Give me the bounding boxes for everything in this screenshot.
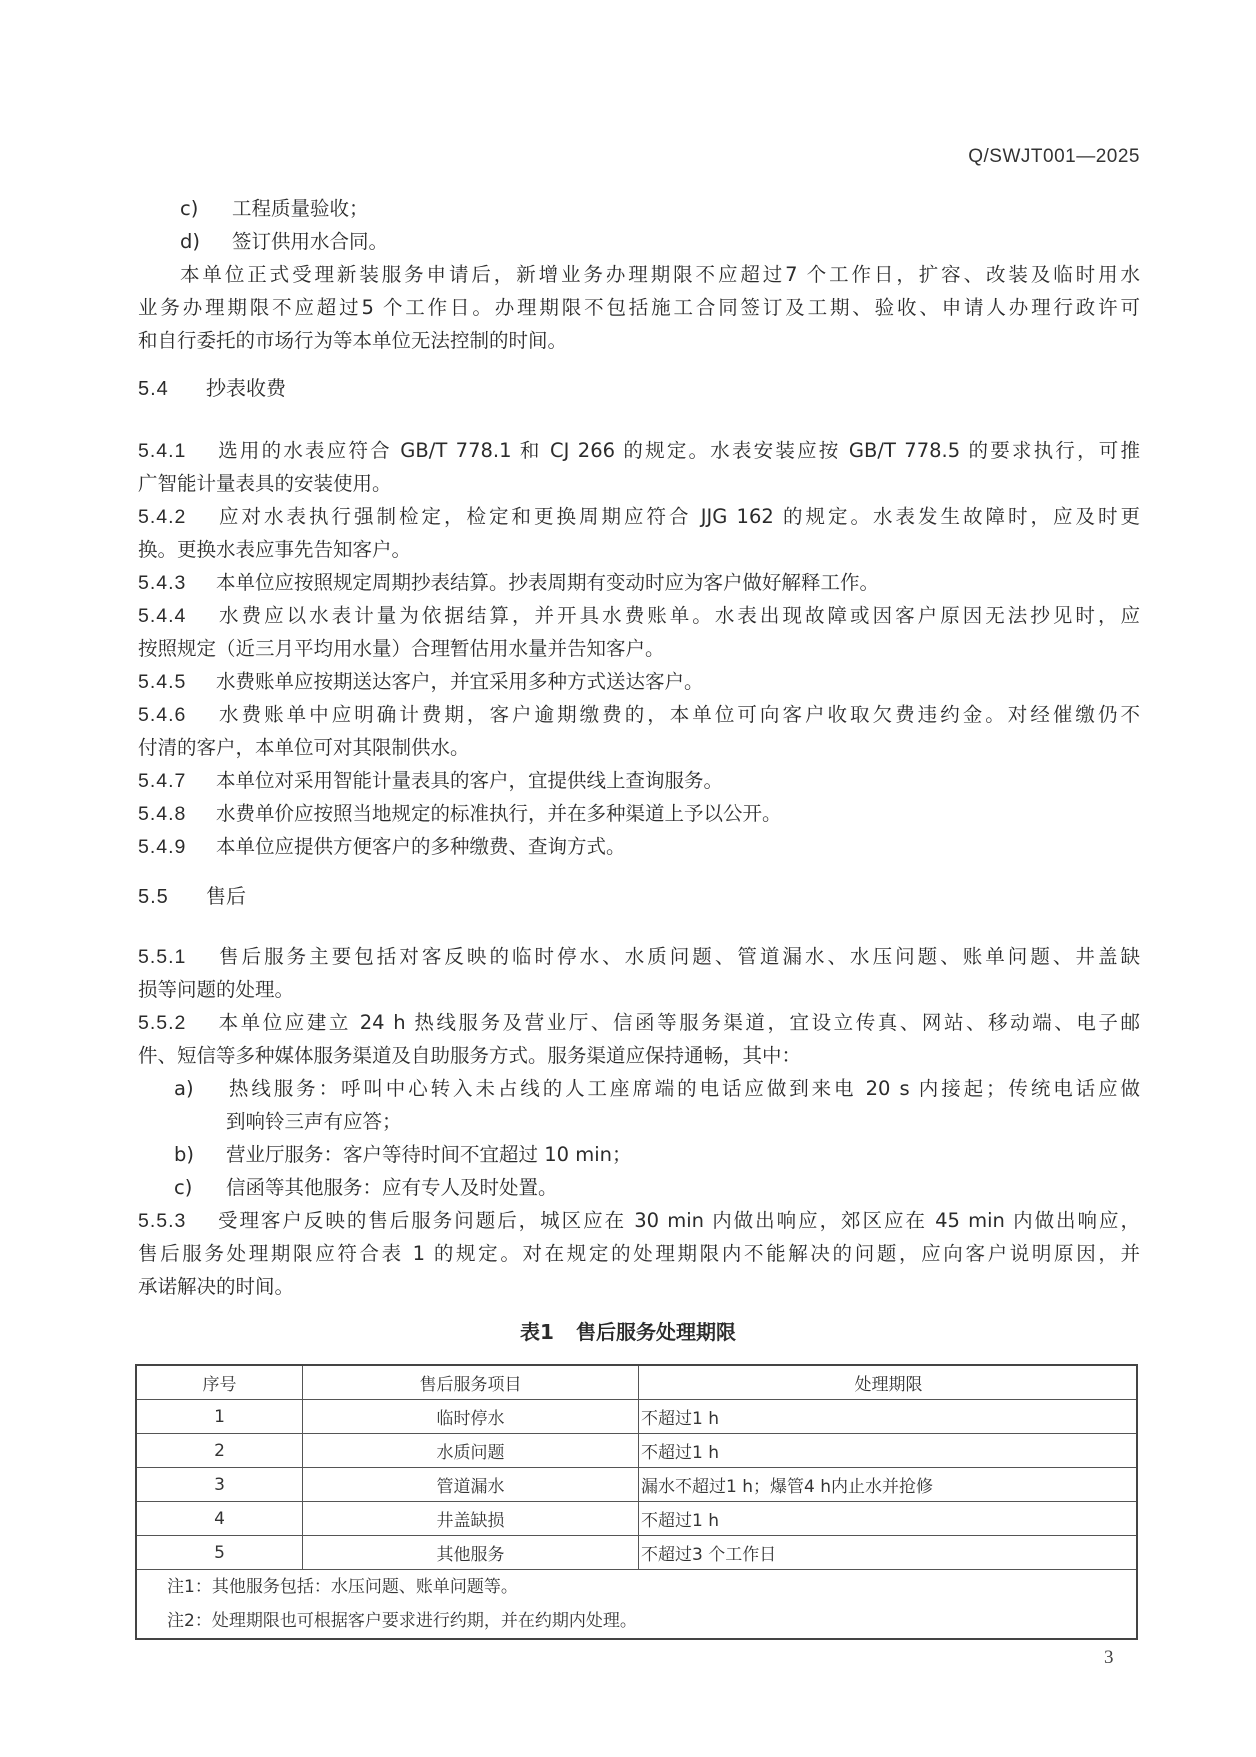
cell-item: 临时停水 [303, 1400, 639, 1434]
cell-no: 4 [136, 1502, 303, 1536]
clause-number: 5.4.9 [138, 831, 216, 864]
cell-limit: 不超过1 h [639, 1434, 1138, 1468]
list-item: d)签订供用水合同。 [180, 225, 1182, 258]
table-title: 售后服务处理期限 [576, 1320, 736, 1344]
page-number: 3 [1104, 1647, 1114, 1669]
section-title: 抄表收费 [206, 376, 286, 400]
clause-text: 选用的水表应符合 GB/T 778.1 和 CJ 266 的规定。水表安装应按 … [216, 439, 1140, 462]
section-heading-5-4: 5.4抄表收费 [138, 372, 1140, 405]
list-mark: a) [174, 1072, 226, 1105]
cell-no: 2 [136, 1434, 303, 1468]
clause-continuation: 广智能计量表具的安装使用。 [138, 467, 1140, 500]
clause-continuation: 损等问题的处理。 [138, 973, 1140, 1006]
paragraph-line: 业务办理期限不应超过5 个工作日。办理期限不包括施工合同签订及工期、验收、申请人… [138, 291, 1140, 324]
clause-text: 本单位应提供方便客户的多种缴费、查询方式。 [216, 835, 626, 858]
cell-no: 3 [136, 1468, 303, 1502]
cell-limit: 不超过3 个工作日 [639, 1536, 1138, 1570]
list-item: c)工程质量验收； [180, 192, 1182, 225]
clause-text: 水费单价应按照当地规定的标准执行，并在多种渠道上予以公开。 [216, 802, 782, 825]
section-heading-5-5: 5.5售后 [138, 880, 1140, 913]
clause-5-5-1: 5.5.1售后服务主要包括对客反映的临时停水、水质问题、管道漏水、水压问题、账单… [138, 940, 1140, 973]
list-item-continuation: 到响铃三声有应答； [226, 1105, 1228, 1138]
table-row: 2 水质问题 不超过1 h [136, 1434, 1137, 1468]
clause-number: 5.5.1 [138, 941, 216, 974]
paragraph-line: 和自行委托的市场行为等本单位无法控制的时间。 [138, 324, 1140, 357]
list-item-text: 签订供用水合同。 [232, 230, 388, 253]
clause-5-4-6: 5.4.6水费账单中应明确计费期，客户逾期缴费的，本单位可向客户收取欠费违约金。… [138, 698, 1140, 731]
clause-number: 5.4.4 [138, 600, 216, 633]
cell-limit: 不超过1 h [639, 1502, 1138, 1536]
clause-text: 应对水表执行强制检定，检定和更换周期应符合 JJG 162 的规定。水表发生故障… [216, 505, 1140, 528]
clause-continuation: 售后服务处理期限应符合表 1 的规定。对在规定的处理期限内不能解决的问题，应向客… [138, 1237, 1140, 1270]
cell-item: 管道漏水 [303, 1468, 639, 1502]
clause-5-5-3: 5.5.3受理客户反映的售后服务问题后，城区应在 30 min 内做出响应，郊区… [138, 1204, 1140, 1237]
cell-no: 1 [136, 1400, 303, 1434]
table-note-1: 注1：其他服务包括：水压问题、账单问题等。 [167, 1570, 1136, 1604]
clause-number: 5.4.1 [138, 435, 216, 468]
table-header-row: 序号 售后服务项目 处理期限 [136, 1365, 1137, 1400]
table-row: 1 临时停水 不超过1 h [136, 1400, 1137, 1434]
clause-5-4-5: 5.4.5水费账单应按期送达客户，并宜采用多种方式送达客户。 [138, 665, 1140, 698]
service-limits-table: 序号 售后服务项目 处理期限 1 临时停水 不超过1 h 2 水质问题 不超过1… [135, 1364, 1138, 1640]
list-item-text: 热线服务：呼叫中心转入未占线的人工座席端的电话应做到来电 20 s 内接起；传统… [226, 1077, 1140, 1100]
clause-continuation: 件、短信等多种媒体服务渠道及自助服务方式。服务渠道应保持通畅，其中： [138, 1039, 1140, 1072]
table-label: 表1 [520, 1320, 554, 1344]
clause-number: 5.4.2 [138, 501, 216, 534]
cell-no: 5 [136, 1536, 303, 1570]
clause-5-4-4: 5.4.4水费应以水表计量为依据结算，并开具水费账单。水表出现故障或因客户原因无… [138, 599, 1140, 632]
clause-number: 5.4.5 [138, 666, 216, 699]
clause-5-5-2: 5.5.2本单位应建立 24 h 热线服务及营业厅、信函等服务渠道，宜设立传真、… [138, 1006, 1140, 1039]
table-row: 5 其他服务 不超过3 个工作日 [136, 1536, 1137, 1570]
cell-limit: 不超过1 h [639, 1400, 1138, 1434]
list-item-text: 信函等其他服务：应有专人及时处置。 [226, 1176, 558, 1199]
clause-text: 水费应以水表计量为依据结算，并开具水费账单。水表出现故障或因客户原因无法抄见时，… [216, 604, 1140, 627]
list-item-b: b)营业厅服务：客户等待时间不宜超过 10 min； [174, 1138, 1176, 1171]
section-number: 5.5 [138, 881, 206, 914]
table-notes-row: 注1：其他服务包括：水压问题、账单问题等。 注2：处理期限也可根据客户要求进行约… [136, 1570, 1137, 1640]
clause-5-4-9: 5.4.9本单位应提供方便客户的多种缴费、查询方式。 [138, 830, 1140, 863]
list-item-a: a)热线服务：呼叫中心转入未占线的人工座席端的电话应做到来电 20 s 内接起；… [174, 1072, 1140, 1105]
list-item-text: 工程质量验收； [232, 197, 369, 220]
clause-text: 水费账单中应明确计费期，客户逾期缴费的，本单位可向客户收取欠费违约金。对经催缴仍… [216, 703, 1140, 726]
clause-number: 5.4.3 [138, 567, 216, 600]
cell-limit: 漏水不超过1 h；爆管4 h内止水并抢修 [639, 1468, 1138, 1502]
paragraph-line: 本单位正式受理新装服务申请后，新增业务办理期限不应超过7 个工作日，扩容、改装及… [180, 258, 1140, 291]
list-mark: c) [180, 192, 232, 225]
clause-continuation: 按照规定（近三月平均用水量）合理暂估用水量并告知客户。 [138, 632, 1140, 665]
table-notes-cell: 注1：其他服务包括：水压问题、账单问题等。 注2：处理期限也可根据客户要求进行约… [136, 1570, 1137, 1640]
section-title: 售后 [206, 884, 246, 908]
clause-text: 受理客户反映的售后服务问题后，城区应在 30 min 内做出响应，郊区应在 45… [216, 1209, 1140, 1232]
column-header-no: 序号 [136, 1365, 303, 1400]
clause-5-4-2: 5.4.2应对水表执行强制检定，检定和更换周期应符合 JJG 162 的规定。水… [138, 500, 1140, 533]
clause-5-4-8: 5.4.8水费单价应按照当地规定的标准执行，并在多种渠道上予以公开。 [138, 797, 1140, 830]
clause-number: 5.5.2 [138, 1007, 216, 1040]
list-mark: d) [180, 225, 232, 258]
list-mark: b) [174, 1138, 226, 1171]
clause-5-4-3: 5.4.3本单位应按照规定周期抄表结算。抄表周期有变动时应为客户做好解释工作。 [138, 566, 1140, 599]
cell-item: 井盖缺损 [303, 1502, 639, 1536]
column-header-item: 售后服务项目 [303, 1365, 639, 1400]
table-row: 4 井盖缺损 不超过1 h [136, 1502, 1137, 1536]
clause-continuation: 换。更换水表应事先告知客户。 [138, 533, 1140, 566]
column-header-limit: 处理期限 [639, 1365, 1138, 1400]
cell-item: 其他服务 [303, 1536, 639, 1570]
clause-text: 售后服务主要包括对客反映的临时停水、水质问题、管道漏水、水压问题、账单问题、井盖… [216, 945, 1140, 968]
clause-number: 5.5.3 [138, 1205, 216, 1238]
clause-text: 本单位应按照规定周期抄表结算。抄表周期有变动时应为客户做好解释工作。 [216, 571, 879, 594]
clause-number: 5.4.8 [138, 798, 216, 831]
table-row: 3 管道漏水 漏水不超过1 h；爆管4 h内止水并抢修 [136, 1468, 1137, 1502]
clause-5-4-1: 5.4.1选用的水表应符合 GB/T 778.1 和 CJ 266 的规定。水表… [138, 434, 1140, 467]
table-note-2: 注2：处理期限也可根据客户要求进行约期，并在约期内处理。 [167, 1604, 1136, 1638]
list-item-c: c)信函等其他服务：应有专人及时处置。 [174, 1171, 1176, 1204]
clause-continuation: 付清的客户，本单位可对其限制供水。 [138, 731, 1140, 764]
list-mark: c) [174, 1171, 226, 1204]
clause-number: 5.4.7 [138, 765, 216, 798]
clause-5-4-7: 5.4.7本单位对采用智能计量表具的客户，宜提供线上查询服务。 [138, 764, 1140, 797]
clause-text: 本单位应建立 24 h 热线服务及营业厅、信函等服务渠道，宜设立传真、网站、移动… [216, 1011, 1140, 1034]
cell-item: 水质问题 [303, 1434, 639, 1468]
clause-continuation: 承诺解决的时间。 [138, 1270, 1140, 1303]
clause-text: 水费账单应按期送达客户，并宜采用多种方式送达客户。 [216, 670, 704, 693]
clause-text: 本单位对采用智能计量表具的客户，宜提供线上查询服务。 [216, 769, 723, 792]
section-number: 5.4 [138, 373, 206, 406]
clause-number: 5.4.6 [138, 699, 216, 732]
list-item-text: 营业厅服务：客户等待时间不宜超过 10 min； [226, 1143, 631, 1166]
document-code-header: Q/SWJT001—2025 [968, 146, 1140, 168]
table-caption: 表1售后服务处理期限 [0, 1316, 1256, 1345]
